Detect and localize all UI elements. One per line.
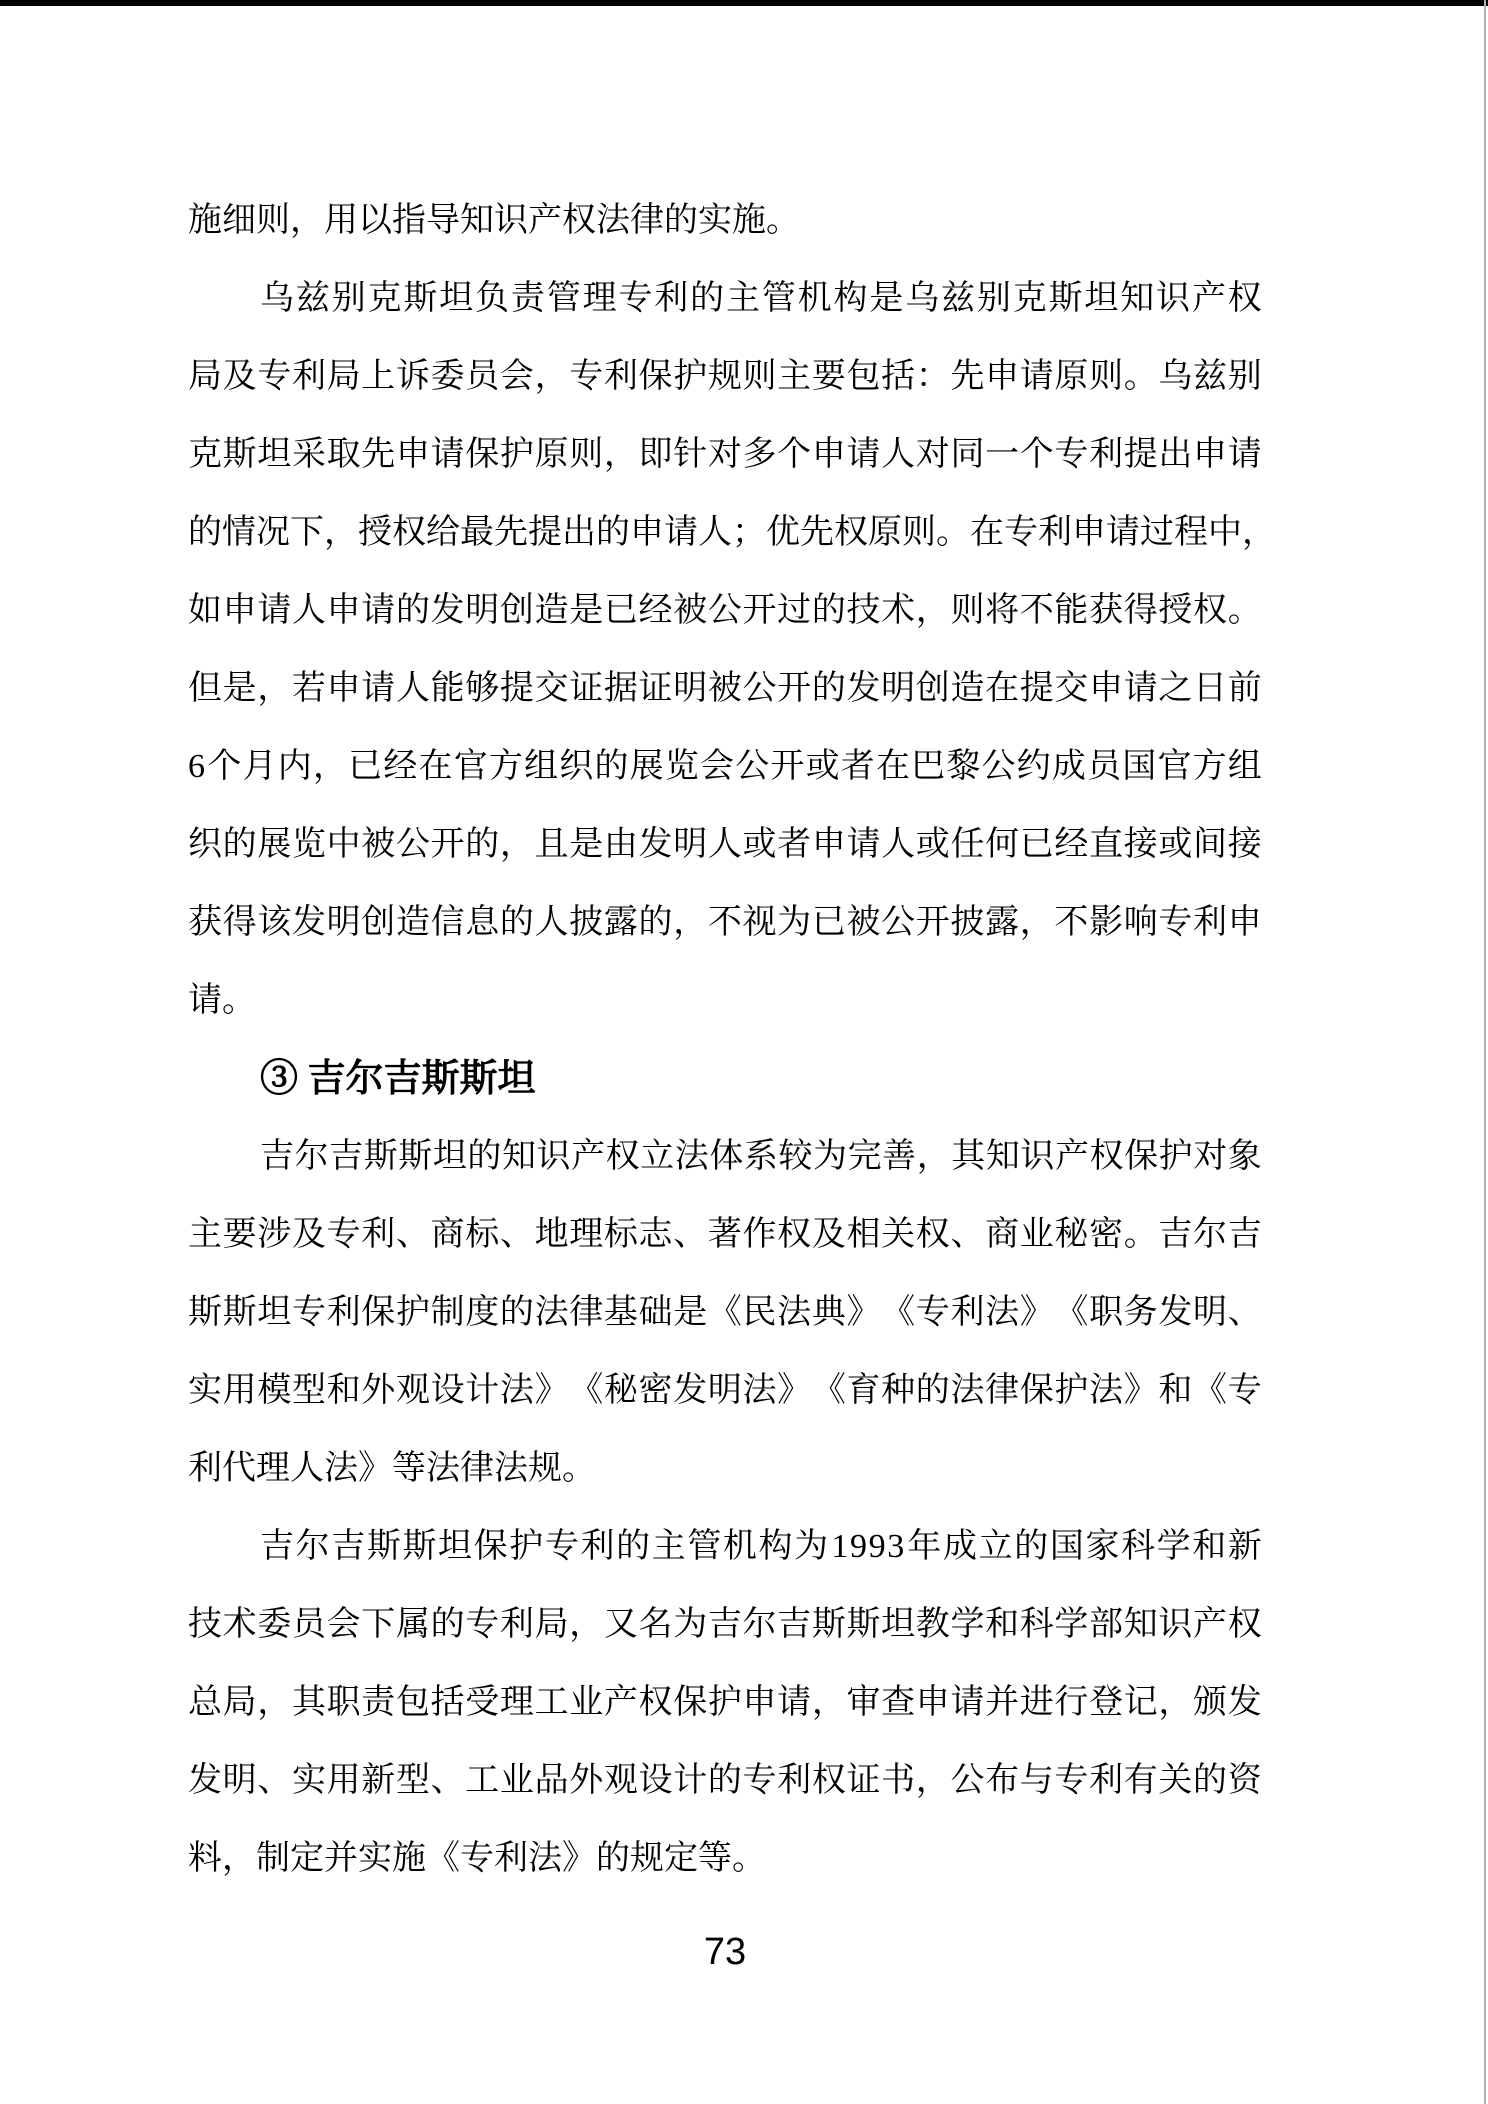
- text-line: 但是，若申请人能够提交证据证明被公开的发明创造在提交申请之日前: [188, 650, 1262, 728]
- text-line: 吉尔吉斯斯坦的知识产权立法体系较为完善，其知识产权保护对象: [188, 1118, 1262, 1196]
- text-line: 织的展览中被公开的，且是由发明人或者申请人或任何已经直接或间接: [188, 806, 1262, 884]
- text-line: 斯斯坦专利保护制度的法律基础是《民法典》《专利法》《职务发明、: [188, 1274, 1262, 1352]
- text-line: 乌兹别克斯坦负责管理专利的主管机构是乌兹别克斯坦知识产权: [188, 260, 1262, 338]
- text-line: 如申请人申请的发明创造是已经被公开过的技术，则将不能获得授权。: [188, 572, 1262, 650]
- text-block: 施细则，用以指导知识产权法律的实施。乌兹别克斯坦负责管理专利的主管机构是乌兹别克…: [188, 182, 1262, 1898]
- text-line: 总局，其职责包括受理工业产权保护申请，审查申请并进行登记，颁发: [188, 1664, 1262, 1742]
- text-line: 6 个月内，已经在官方组织的展览会公开或者在巴黎公约成员国官方组: [188, 728, 1262, 806]
- scanned-document-page: { "document": { "page_number": "73", "se…: [0, 0, 1488, 2104]
- page-number: 73: [188, 1922, 1262, 1982]
- text-line: 实用模型和外观设计法》《秘密发明法》《育种的法律保护法》和《专: [188, 1352, 1262, 1430]
- scan-right-edge: [1484, 0, 1486, 2104]
- section-heading: ③ 吉尔吉斯斯坦: [188, 1040, 1262, 1118]
- text-line: 发明、实用新型、工业品外观设计的专利权证书，公布与专利有关的资: [188, 1742, 1262, 1820]
- text-line: 局及专利局上诉委员会，专利保护规则主要包括：先申请原则。乌兹别: [188, 338, 1262, 416]
- text-line: 技术委员会下属的专利局，又名为吉尔吉斯斯坦教学和科学部知识产权: [188, 1586, 1262, 1664]
- text-line: 吉尔吉斯斯坦保护专利的主管机构为 1993 年成立的国家科学和新: [188, 1508, 1262, 1586]
- text-line: 克斯坦采取先申请保护原则，即针对多个申请人对同一个专利提出申请: [188, 416, 1262, 494]
- text-line: 利代理人法》等法律法规。: [188, 1430, 1262, 1508]
- text-line: 主要涉及专利、商标、地理标志、著作权及相关权、商业秘密。吉尔吉: [188, 1196, 1262, 1274]
- text-line: 获得该发明创造信息的人披露的，不视为已被公开披露，不影响专利申: [188, 884, 1262, 962]
- text-line: 的情况下，授权给最先提出的申请人；优先权原则。在专利申请过程中，: [188, 494, 1262, 572]
- text-line: 请。: [188, 962, 1262, 1040]
- text-line: 料，制定并实施《专利法》的规定等。: [188, 1820, 1262, 1898]
- scan-top-edge: [0, 0, 1488, 6]
- text-line: 施细则，用以指导知识产权法律的实施。: [188, 182, 1262, 260]
